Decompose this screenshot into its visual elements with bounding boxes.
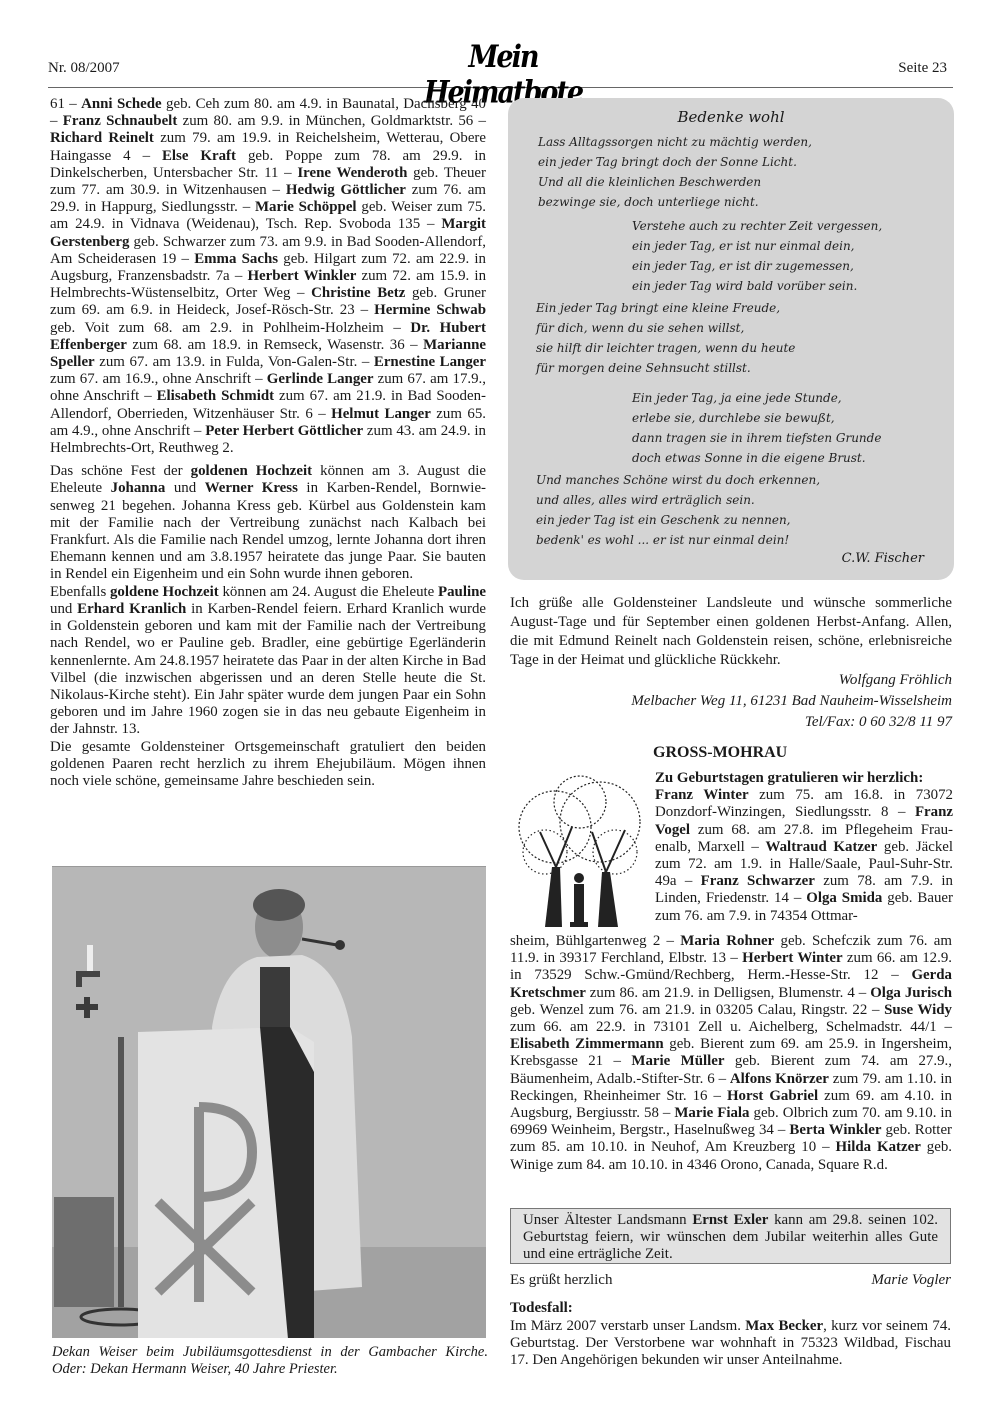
person-name: Olga Smida: [806, 890, 882, 906]
trees-icon: [510, 772, 650, 932]
person-name: Irene Wenderoth: [297, 165, 407, 181]
photo-caption: Dekan Weiser beim Jubiläumsgottesdienst …: [52, 1344, 488, 1378]
issue-number: Nr. 08/2007: [48, 60, 120, 77]
poem-stanza-5: Und manches Schöne wirst du doch erkenne…: [536, 470, 820, 550]
birthday-list: 61 – Anni Schede geb. Ceh zum 80. am 4.9…: [50, 96, 486, 457]
greeting-text: Ich grüße alle Goldensteiner Landsleute …: [510, 594, 952, 670]
person-name: Herbert Wink­ler: [247, 268, 356, 284]
person-name: Suse Widy: [884, 1002, 952, 1018]
poem-stanza-3: Ein jeder Tag bringt eine kleine Freude,…: [536, 298, 795, 378]
person-name: Maria Rohner: [680, 933, 774, 949]
poem-title: Bedenke wohl: [508, 108, 954, 126]
poem-box: Bedenke wohl Lass Alltagssorgen nicht zu…: [508, 98, 954, 580]
golden-wedding-kress: Das schöne Fest der goldenen Hochzeit kö…: [50, 463, 486, 583]
person-name: Herbert Winter: [742, 950, 843, 966]
person-name: Gerlinde Langer: [267, 371, 374, 387]
left-column: 61 – Anni Schede geb. Ceh zum 80. am 4.9…: [50, 96, 486, 790]
poem-stanza-4: Ein jeder Tag, ja eine jede Stunde, erle…: [632, 388, 881, 468]
priest-photo: [52, 866, 486, 1338]
person-name: Franz Schnaubelt: [63, 113, 178, 129]
person-name: Marie Müller: [631, 1053, 724, 1069]
person-name: Helmut Langer: [331, 406, 431, 422]
signature-address: Melbacher Weg 11, 61231 Bad Nauheim-Wiss…: [510, 691, 952, 712]
poem-stanza-2: Verstehe auch zu rechter Zeit vergessen,…: [632, 216, 882, 296]
person-name: Elisabeth Schmidt: [157, 388, 274, 404]
gross-mohrau-birthdays-rest: sheim, Bühlgartenweg 2 – Maria Rohner ge…: [510, 933, 952, 1174]
priest-at-lectern-image: [52, 867, 486, 1338]
person-name: Else Kraft: [162, 148, 236, 164]
tree-illustration: [510, 772, 650, 932]
person-name: Emma Sachs: [194, 251, 278, 267]
person-name: Elisabeth Zimmermann: [510, 1036, 664, 1052]
birthday-list-top: Franz Winter zum 75. am 16.8. in 73072 D…: [655, 787, 953, 925]
greeting-section: Ich grüße alle Goldensteiner Landsleute …: [510, 594, 952, 733]
person-name: Marie Schöppel: [255, 199, 357, 215]
page-header: Nr. 08/2007 Mein Heimatbote Seite 23: [48, 52, 953, 88]
person-name: Horst Gabriel: [727, 1088, 818, 1104]
person-name: Ernestine Langer: [374, 354, 486, 370]
person-name: Peter Herbert Göttlicher: [205, 423, 363, 439]
person-name: Anni Schede: [81, 96, 162, 112]
person-name: Hedwig Göttlicher: [286, 182, 406, 198]
person-name: Alfons Knörzer: [730, 1071, 829, 1087]
person-name: Marie Fiala: [674, 1105, 749, 1121]
regards-author: Marie Vogler: [871, 1272, 951, 1289]
poem-stanza-1: Lass Alltagssorgen nicht zu mächtig werd…: [538, 132, 812, 212]
congratulations-text: Die gesamte Goldensteiner Ortsgemeinscha…: [50, 739, 486, 791]
section-title-gross-mohrau: GROSS-MOHRAU: [653, 744, 787, 762]
signature-phone: Tel/Fax: 0 60 32/8 11 97: [510, 712, 952, 733]
regards-line: Es grüßt herzlich Marie Vogler: [510, 1272, 951, 1289]
person-name: Hermine Schwab: [374, 302, 486, 318]
death-notice-title: Todesfall:: [510, 1300, 573, 1317]
person-name: Hilda Katzer: [835, 1139, 920, 1155]
person-name: Franz Schwarzer: [701, 873, 815, 889]
signature-name: Wolfgang Fröhlich: [510, 670, 952, 691]
person-name: Olga Jurisch: [870, 985, 952, 1001]
gross-mohrau-birthdays-top: Zu Geburtstagen gratulieren wir herzlich…: [655, 770, 953, 925]
poem-author: C.W. Fischer: [842, 551, 924, 566]
birthday-intro: Zu Geburtstagen gratulieren wir herzlich…: [655, 770, 953, 787]
page-number: Seite 23: [898, 60, 947, 77]
oldest-member-notice: Unser Ältester Landsmann Ernst Exler kan…: [510, 1208, 951, 1264]
person-name: Chri­stine Betz: [311, 285, 405, 301]
person-name: Berta Winkler: [789, 1122, 881, 1138]
person-name: Richard Reinelt: [50, 130, 154, 146]
person-name: Waltraud Katzer: [766, 839, 878, 855]
regards-text: Es grüßt herzlich: [510, 1272, 612, 1288]
golden-wedding-kranlich: Ebenfalls goldene Hochzeit können am 24.…: [50, 584, 486, 739]
death-notice: Im März 2007 verstarb unser Landsm. Max …: [510, 1318, 951, 1370]
person-name: Franz Winter: [655, 787, 749, 803]
birthday-list-rest: sheim, Bühlgartenweg 2 – Maria Rohner ge…: [510, 933, 952, 1174]
